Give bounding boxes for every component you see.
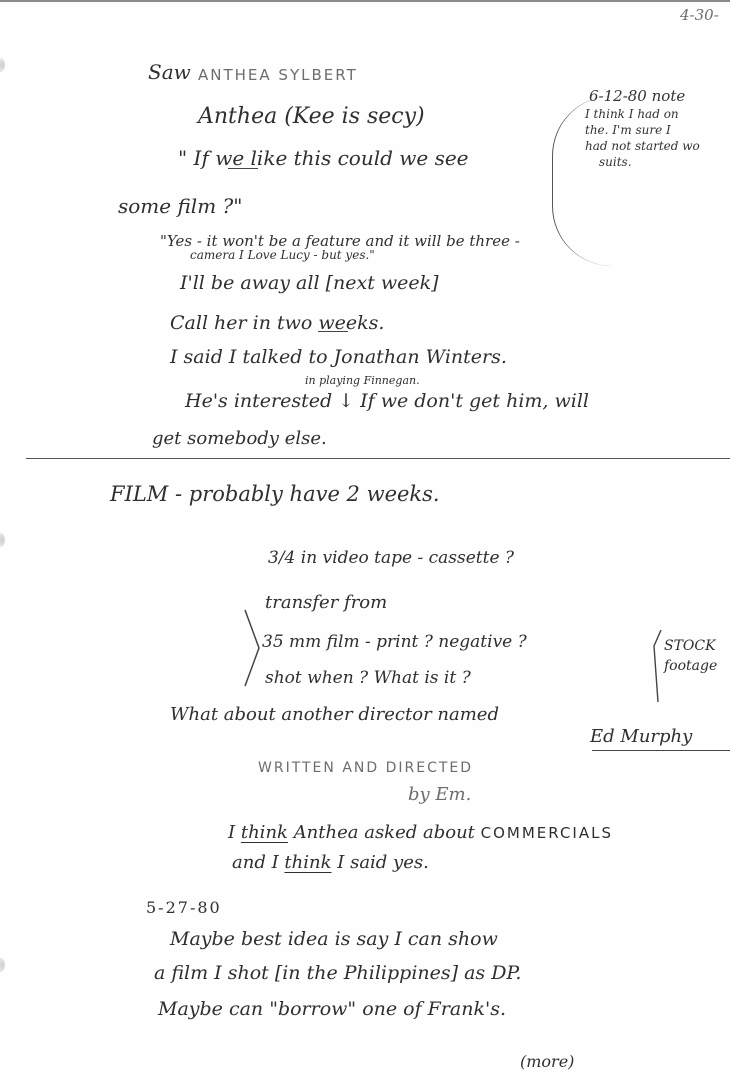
director-name: Ed Murphy — [590, 726, 692, 747]
header-anthea: Anthea (Kee is secy) — [198, 104, 425, 129]
binder-hole — [0, 58, 5, 72]
commercials-line: I think Anthea asked about COMMERCIALS — [228, 822, 613, 843]
page-top-edge — [0, 0, 730, 2]
quote-line: " If we like this could we see — [178, 146, 469, 170]
underline-we — [228, 168, 258, 169]
commercials-text: Anthea asked about — [294, 822, 475, 843]
said-yes-line: and I think I said yes. — [232, 852, 429, 873]
binder-hole — [0, 958, 5, 972]
commercials-i: I — [228, 822, 235, 843]
reply-line: camera I Love Lucy - but yes." — [190, 248, 375, 262]
side-note-date: 6-12-80 note — [589, 88, 730, 104]
side-note-line: had not started wo — [585, 138, 730, 154]
away-line: I'll be away all [next week] — [180, 272, 439, 294]
think-underlined: think — [284, 852, 331, 873]
underline-two — [318, 331, 348, 332]
stock-note: STOCK — [664, 638, 716, 654]
said-yes-c: I said yes. — [337, 852, 429, 873]
entry-date: 5-27-80 — [146, 898, 222, 917]
entry-line: Maybe best idea is say I can show — [170, 928, 498, 950]
said-yes-a: and I — [232, 852, 279, 873]
entry-line: a film I shot [in the Philippines] as DP… — [154, 962, 521, 984]
header-name: ANTHEA SYLBERT — [198, 66, 358, 84]
stock-bracket — [652, 628, 662, 704]
entry-line: Maybe can "borrow" one of Frank's. — [158, 998, 506, 1020]
side-note-line: I think I had on — [585, 106, 730, 122]
film-line: shot when ? What is it ? — [265, 668, 471, 688]
underline-director-name — [592, 750, 730, 751]
insert-note: in playing Finnegan. — [305, 374, 420, 387]
quote-line: some film ?" — [118, 194, 242, 218]
think-underlined: think — [241, 822, 288, 843]
film-line: 35 mm film - print ? negative ? — [262, 632, 527, 652]
call-line: Call her in two weeks. — [170, 312, 384, 334]
header-saw: Saw — [148, 60, 191, 84]
section-divider — [26, 458, 730, 460]
film-line: 3/4 in video tape - cassette ? — [268, 548, 514, 568]
handwritten-page: 4-30- Saw ANTHEA SYLBERT Anthea (Kee is … — [0, 0, 730, 1080]
side-note: 6-12-80 note I think I had on the. I'm s… — [585, 88, 730, 170]
side-note-line: the. I'm sure I — [585, 122, 730, 138]
film-heading: FILM - probably have 2 weeks. — [110, 482, 440, 506]
binder-hole — [0, 533, 5, 547]
page-date: 4-30- — [680, 6, 719, 24]
brace-bracket — [243, 608, 261, 688]
more-footer: (more) — [520, 1052, 574, 1071]
credit-line: by Em. — [408, 784, 471, 805]
credit-line: WRITTEN AND DIRECTED — [258, 760, 473, 776]
film-line: transfer from — [265, 592, 387, 613]
winters-line: I said I talked to Jonathan Winters. — [170, 346, 507, 368]
interested-line: He's interested ↓ If we don't get him, w… — [185, 390, 589, 412]
commercials-caps: COMMERCIALS — [481, 824, 613, 842]
somebody-line: get somebody else. — [152, 428, 327, 449]
side-note-line: suits. — [599, 154, 730, 170]
director-question: What about another director named — [170, 704, 499, 725]
stock-note: footage — [664, 658, 717, 674]
